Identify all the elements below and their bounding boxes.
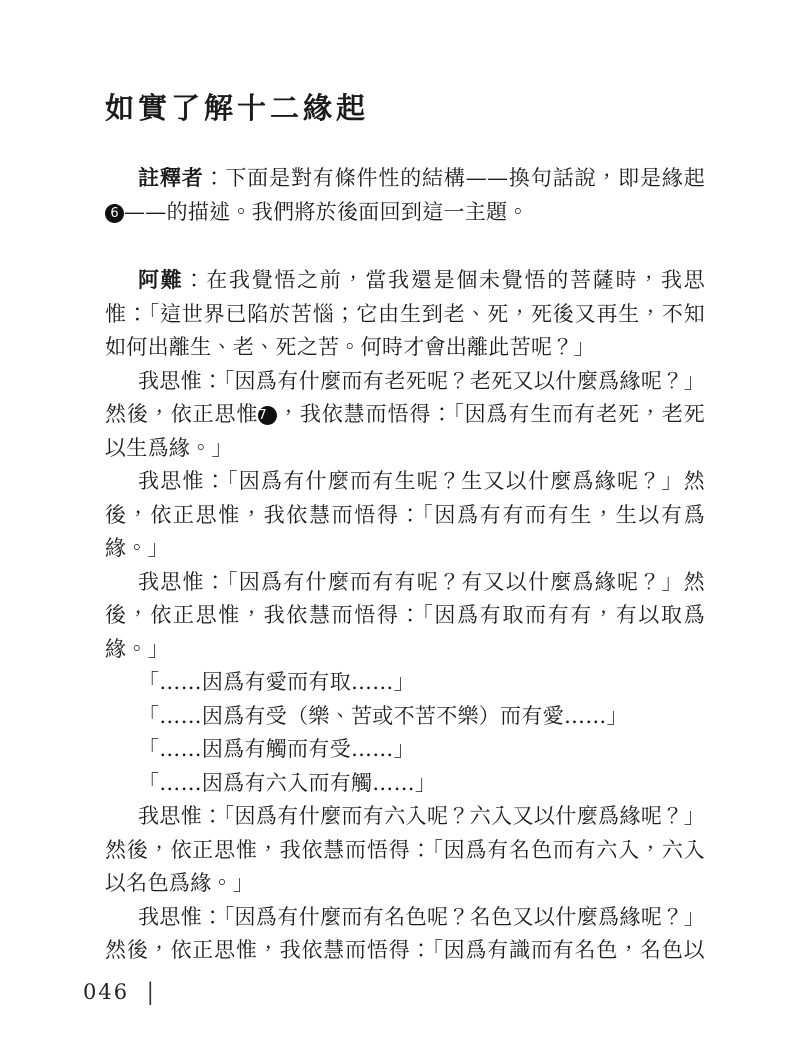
text-segment: ：在我覺悟之前，當我還是個未覺悟的菩薩時，我思: [183, 268, 705, 292]
text-segment: ——的描述。我們將於後面回到這一主題。: [124, 200, 529, 224]
text-segment: 我思惟：「因爲有什麼而有生呢？生又以什麼爲緣呢？」然: [138, 469, 705, 493]
text-line: 如何出離生、老、死之苦。何時才會出離此苦呢？」: [105, 331, 705, 365]
text-segment: 以生爲緣。」: [105, 436, 233, 460]
text-segment: 「……因爲有觸而有受……」: [138, 737, 415, 761]
text-segment: 我思惟：「因爲有什麼而有六入呢？六入又以什麼爲緣呢？」: [138, 804, 705, 828]
text-line: 惟：「這世界已陷於苦惱；它由生到老、死，死後又再生，不知: [105, 298, 705, 332]
page-number: 046: [83, 980, 129, 1004]
text-line: 「……因爲有六入而有觸……」: [105, 767, 705, 801]
text-line: 我思惟：「因爲有什麼而有六入呢？六入又以什麼爲緣呢？」: [105, 800, 705, 834]
speaker-name: 阿難: [138, 267, 183, 292]
text-segment: 以名色爲緣。」: [105, 871, 254, 895]
footnote-ref: 7: [258, 406, 277, 425]
text-line: 註釋者：下面是對有條件性的結構——換句話說，即是緣起: [105, 161, 705, 196]
annotator-paragraph: 註釋者：下面是對有條件性的結構——換句話說，即是緣起6——的描述。我們將於後面回…: [105, 161, 705, 229]
text-line: 以生爲緣。」: [105, 432, 705, 466]
page-title: 如實了解十二緣起: [105, 92, 705, 125]
reflection-aging-death: 我思惟：「因爲有什麼而有老死呢？老死又以什麼爲緣呢？」然後，依正思惟7，我依慧而…: [105, 365, 705, 466]
reflection-birth: 我思惟：「因爲有什麼而有生呢？生又以什麼爲緣呢？」然後，依正思惟，我依慧而悟得：…: [105, 465, 705, 566]
text-line: 然後，依正思惟，我依慧而悟得：「因爲有名色而有六入，六入: [105, 834, 705, 868]
text-body: 註釋者：下面是對有條件性的結構——換句話說，即是緣起6——的描述。我們將於後面回…: [105, 161, 705, 968]
reflection-name-form: 我思惟：「因爲有什麼而有名色呢？名色又以什麼爲緣呢？」然後，依正思惟，我依慧而悟…: [105, 901, 705, 968]
text-segment: 惟：「這世界已陷於苦惱；它由生到老、死，死後又再生，不知: [105, 302, 705, 326]
text-line: 我思惟：「因爲有什麼而有老死呢？老死又以什麼爲緣呢？」: [105, 365, 705, 399]
quote-six-senses: 「……因爲有六入而有觸……」: [105, 767, 705, 801]
text-line: 6——的描述。我們將於後面回到這一主題。: [105, 196, 705, 230]
text-segment: 然後，依正思惟，我依慧而悟得：「因爲有名色而有六入，六入: [105, 838, 705, 862]
text-line: 後，依正思惟，我依慧而悟得：「因爲有有而有生，生以有爲: [105, 499, 705, 533]
text-line: 「……因爲有受（樂、苦或不苦不樂）而有愛……」: [105, 700, 705, 734]
text-line: 「……因爲有愛而有取……」: [105, 666, 705, 700]
text-line: 我思惟：「因爲有什麼而有生呢？生又以什麼爲緣呢？」然: [105, 465, 705, 499]
text-line: 以名色爲緣。」: [105, 867, 705, 901]
footer-separator: |: [147, 979, 156, 1005]
quote-craving: 「……因爲有愛而有取……」: [105, 666, 705, 700]
reflection-becoming: 我思惟：「因爲有什麼而有有呢？有又以什麼爲緣呢？」然後，依正思惟，我依慧而悟得：…: [105, 566, 705, 667]
text-segment: 我思惟：「因爲有什麼而有名色呢？名色又以什麼爲緣呢？」: [138, 905, 705, 929]
text-segment: 然後，依正思惟: [105, 402, 258, 426]
text-segment: 「……因爲有六入而有觸……」: [138, 771, 436, 795]
text-line: 我思惟：「因爲有什麼而有名色呢？名色又以什麼爲緣呢？」: [105, 901, 705, 935]
text-segment: 然後，依正思惟，我依慧而悟得：「因爲有識而有名色，名色以: [105, 938, 705, 962]
text-segment: 緣。」: [105, 637, 169, 661]
text-segment: 後，依正思惟，我依慧而悟得：「因爲有有而有生，生以有爲: [105, 503, 705, 527]
text-line: 阿難：在我覺悟之前，當我還是個未覺悟的菩薩時，我思: [105, 263, 705, 298]
text-line: 我思惟：「因爲有什麼而有有呢？有又以什麼爲緣呢？」然: [105, 566, 705, 600]
text-segment: 我思惟：「因爲有什麼而有有呢？有又以什麼爲緣呢？」然: [138, 570, 705, 594]
text-segment: ，我依慧而悟得：「因爲有生而有老死，老死: [277, 402, 705, 426]
text-segment: 「……因爲有愛而有取……」: [138, 670, 415, 694]
page-footer: 046 |: [83, 980, 156, 1004]
quote-contact: 「……因爲有觸而有受……」: [105, 733, 705, 767]
quote-feeling: 「……因爲有受（樂、苦或不苦不樂）而有愛……」: [105, 700, 705, 734]
footnote-ref: 6: [105, 204, 124, 223]
text-segment: 「……因爲有受（樂、苦或不苦不樂）而有愛……」: [138, 704, 628, 728]
text-line: 「……因爲有觸而有受……」: [105, 733, 705, 767]
ananda-paragraph: 阿難：在我覺悟之前，當我還是個未覺悟的菩薩時，我思惟：「這世界已陷於苦惱；它由生…: [105, 263, 705, 365]
book-page: 如實了解十二緣起 註釋者：下面是對有條件性的結構——換句話說，即是緣起6——的描…: [0, 0, 792, 1056]
text-line: 然後，依正思惟7，我依慧而悟得：「因爲有生而有老死，老死: [105, 398, 705, 432]
reflection-six-senses: 我思惟：「因爲有什麼而有六入呢？六入又以什麼爲緣呢？」然後，依正思惟，我依慧而悟…: [105, 800, 705, 901]
text-segment: 緣。」: [105, 536, 169, 560]
text-line: 緣。」: [105, 633, 705, 667]
speaker-name: 註釋者: [138, 165, 204, 190]
text-segment: 我思惟：「因爲有什麼而有老死呢？老死又以什麼爲緣呢？」: [138, 369, 705, 393]
text-segment: ：下面是對有條件性的結構——換句話說，即是緣起: [204, 166, 705, 190]
text-segment: 後，依正思惟，我依慧而悟得：「因爲有取而有有，有以取爲: [105, 603, 705, 627]
page-content: 如實了解十二緣起 註釋者：下面是對有條件性的結構——換句話說，即是緣起6——的描…: [105, 0, 705, 968]
text-line: 然後，依正思惟，我依慧而悟得：「因爲有識而有名色，名色以: [105, 934, 705, 968]
text-line: 緣。」: [105, 532, 705, 566]
text-segment: 如何出離生、老、死之苦。何時才會出離此苦呢？」: [105, 335, 595, 359]
text-line: 後，依正思惟，我依慧而悟得：「因爲有取而有有，有以取爲: [105, 599, 705, 633]
